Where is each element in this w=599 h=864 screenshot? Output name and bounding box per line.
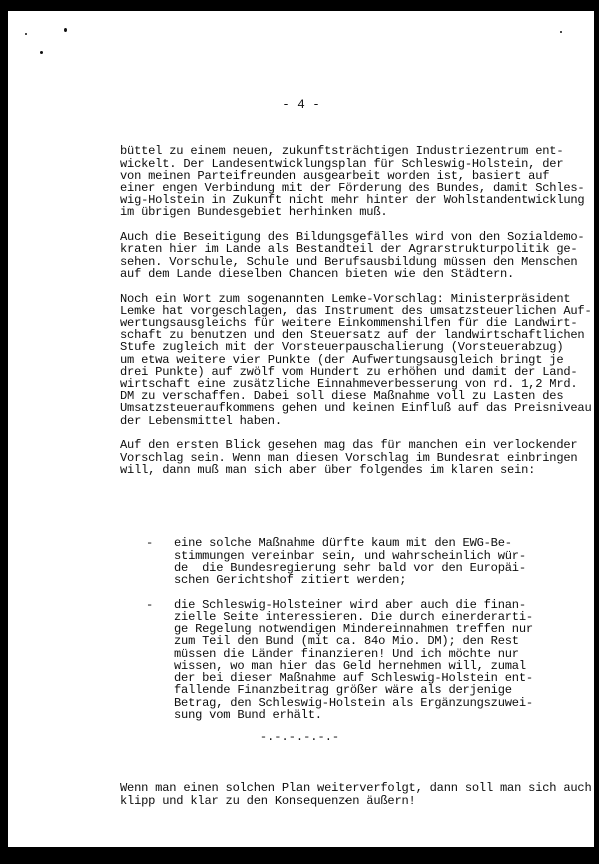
text-line: zum Teil den Bund (mit ca. 84o Mio. DM);… bbox=[174, 635, 590, 647]
text-line: um etwa weitere vier Punkte (der Aufwert… bbox=[120, 354, 590, 366]
text-line: der Lebensmittel haben. bbox=[120, 415, 590, 427]
text-line: Stufe zugleich mit der Vorsteuerpauschal… bbox=[120, 341, 590, 353]
text-line: Auf den ersten Blick gesehen mag das für… bbox=[120, 439, 590, 451]
scan-speck bbox=[560, 31, 562, 33]
text-line: klipp und klar zu den Konsequenzen äußer… bbox=[120, 795, 590, 807]
text-line: im übrigen Bundesgebiet herhinken muß. bbox=[120, 206, 590, 218]
text-line: eine solche Maßnahme dürfte kaum mit den… bbox=[174, 537, 590, 549]
paragraph: Auf den ersten Blick gesehen mag das für… bbox=[120, 439, 590, 476]
text-line: Betrag, den Schleswig-Holstein als Ergän… bbox=[174, 697, 590, 709]
text-line: fallende Finanzbeitrag größer wäre als d… bbox=[174, 684, 590, 696]
paragraphs: büttel zu einem neuen, zukunftsträchtige… bbox=[120, 145, 590, 476]
text-line: sung vom Bund erhält. bbox=[174, 709, 590, 721]
paragraph: Noch ein Wort zum sogenannten Lemke-Vors… bbox=[120, 293, 590, 427]
end-mark: -.-.-.-.-.- bbox=[0, 730, 599, 744]
text-line: Noch ein Wort zum sogenannten Lemke-Vors… bbox=[120, 293, 590, 305]
bullet-list: -eine solche Maßnahme dürfte kaum mit de… bbox=[120, 537, 590, 720]
closing-paragraph: Wenn man einen solchen Plan weiterverfol… bbox=[120, 782, 590, 806]
dash-bullet-icon: - bbox=[146, 537, 153, 549]
text-line: Wenn man einen solchen Plan weiterverfol… bbox=[120, 782, 590, 794]
text-line: wickelt. Der Landesentwicklungsplan für … bbox=[120, 158, 590, 170]
paragraph: büttel zu einem neuen, zukunftsträchtige… bbox=[120, 145, 590, 218]
bullet-item: -die Schleswig-Holsteiner wird aber auch… bbox=[120, 599, 590, 721]
dash-bullet-icon: - bbox=[146, 599, 153, 611]
text-line: schen Gerichtshof zitiert werden; bbox=[174, 574, 590, 586]
text-line: kraten hier im Lande als Bestandteil der… bbox=[120, 243, 590, 255]
text-line: sehen. Vorschule, Schule und Berufsausbi… bbox=[120, 256, 590, 268]
scan-speck bbox=[40, 51, 43, 54]
bullet-item: -eine solche Maßnahme dürfte kaum mit de… bbox=[120, 537, 590, 586]
text-line: Umsatzsteueraufkommens gehen und keinen … bbox=[120, 402, 590, 414]
scan-speck bbox=[64, 28, 67, 32]
page-number: - 4 - bbox=[8, 98, 594, 112]
text-line: will, dann muß man sich aber über folgen… bbox=[120, 464, 590, 476]
paragraph: Auch die Beseitigung des Bildungsgefälle… bbox=[120, 231, 590, 280]
scan-speck bbox=[25, 33, 27, 35]
text-line: auf dem Lande dieselben Chancen bieten w… bbox=[120, 268, 590, 280]
document-body: büttel zu einem neuen, zukunftsträchtige… bbox=[120, 121, 590, 819]
text-line: büttel zu einem neuen, zukunftsträchtige… bbox=[120, 145, 590, 157]
